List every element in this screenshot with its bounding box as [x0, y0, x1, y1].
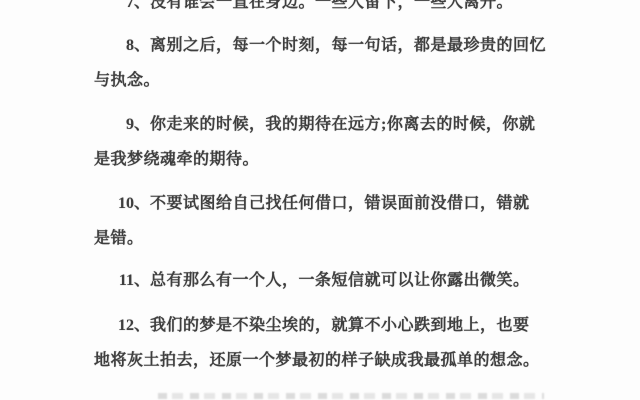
- quote-paragraph-12: 12、我们的梦是不染尘埃的，就算不小心跌到地上，也要 地将灰土拍去，还原一个梦最…: [94, 308, 548, 378]
- paragraph-line: 12、我们的梦是不染尘埃的，就算不小心跌到地上，也要: [94, 308, 548, 343]
- paragraph-text: 没有谁会一直在身边。一些人留下，一些人离开。: [150, 0, 513, 11]
- paragraph-text: 我们的梦是不染尘埃的，就算不小心跌到地上，也要: [150, 317, 530, 334]
- paragraph-text: 你走来的时候，我的期待在远方;你离去的时候，你就: [150, 116, 535, 133]
- paragraph-line: 地将灰土拍去，还原一个梦最初的样子缺成我最孤单的想念。: [94, 343, 548, 378]
- paragraph-text: 与执念。: [94, 72, 160, 89]
- paragraph-number: 12、: [94, 308, 150, 343]
- paragraph-number: 9、: [94, 107, 150, 142]
- paragraph-text: 总有那么有一个人，一条短信就可以让你露出微笑。: [150, 272, 530, 289]
- quote-paragraph-9: 9、你走来的时候，我的期待在远方;你离去的时候，你就 是我梦绕魂牵的期待。: [94, 107, 548, 177]
- paragraph-number: 10、: [94, 186, 150, 221]
- paragraph-number: 11、: [94, 263, 150, 298]
- paragraph-line: 8、离别之后，每一个时刻，每一句话，都是最珍贵的回忆: [94, 28, 548, 63]
- paragraph-line: 9、你走来的时候，我的期待在远方;你离去的时候，你就: [94, 107, 548, 142]
- paragraph-line: 是我梦绕魂牵的期待。: [94, 142, 548, 177]
- quote-paragraph-7: 7、没有谁会一直在身边。一些人留下，一些人离开。: [94, 0, 548, 20]
- paragraph-line: 10、不要试图给自己找任何借口，错误面前没借口，错就: [94, 186, 548, 221]
- document-page: 7、没有谁会一直在身边。一些人留下，一些人离开。 8、离别之后，每一个时刻，每一…: [0, 0, 640, 400]
- quote-paragraph-8: 8、离别之后，每一个时刻，每一句话，都是最珍贵的回忆 与执念。: [94, 28, 548, 98]
- paragraph-line: 7、没有谁会一直在身边。一些人留下，一些人离开。: [94, 0, 548, 20]
- paragraph-number: 7、: [94, 0, 150, 20]
- clipped-next-line-sliver: [158, 393, 544, 399]
- paragraph-number: 8、: [94, 28, 150, 63]
- paragraph-line: 与执念。: [94, 63, 548, 98]
- paragraph-text: 不要试图给自己找任何借口，错误面前没借口，错就: [150, 195, 530, 212]
- quote-paragraph-10: 10、不要试图给自己找任何借口，错误面前没借口，错就 是错。: [94, 186, 548, 256]
- paragraph-line: 是错。: [94, 221, 548, 256]
- paragraph-text: 是错。: [94, 230, 144, 247]
- paragraph-text: 是我梦绕魂牵的期待。: [94, 151, 259, 168]
- paragraph-text: 离别之后，每一个时刻，每一句话，都是最珍贵的回忆: [150, 37, 546, 54]
- paragraph-line: 11、总有那么有一个人，一条短信就可以让你露出微笑。: [94, 263, 548, 298]
- quote-paragraph-11: 11、总有那么有一个人，一条短信就可以让你露出微笑。: [94, 263, 548, 298]
- paragraph-text: 地将灰土拍去，还原一个梦最初的样子缺成我最孤单的想念。: [94, 352, 540, 369]
- document-text-block: 7、没有谁会一直在身边。一些人留下，一些人离开。 8、离别之后，每一个时刻，每一…: [0, 0, 640, 400]
